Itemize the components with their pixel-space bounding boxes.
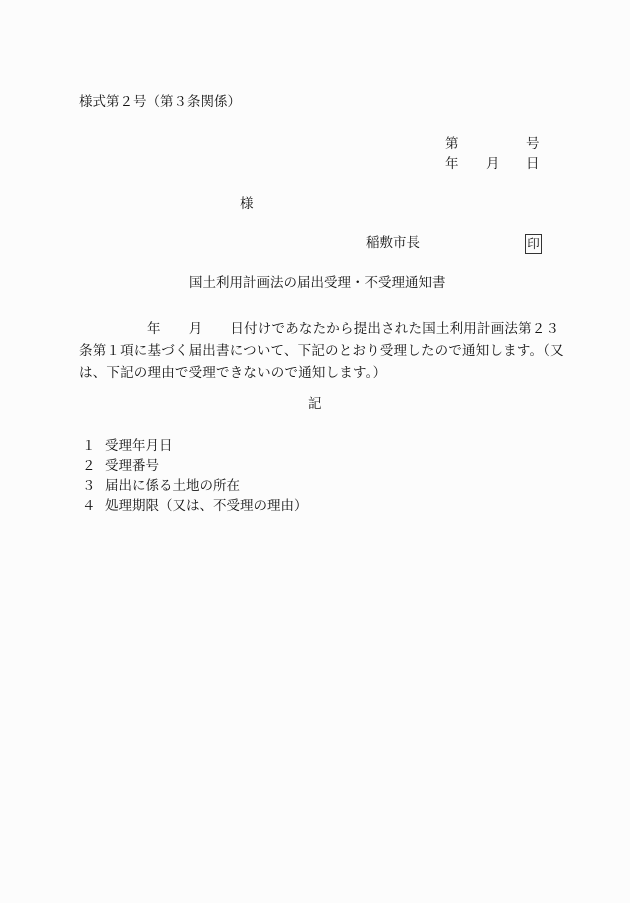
issuer-name: 稲敷市長	[366, 237, 420, 251]
item-number: １	[82, 436, 105, 456]
document-number-prefix: 第	[445, 138, 459, 152]
item-list: １ 受理年月日 ２ 受理番号 ３ 届出に係る土地の所在 ４ 処理期限（又は、不受…	[82, 436, 308, 516]
addressee-honorific: 様	[240, 198, 254, 212]
document-number-suffix: 号	[526, 138, 540, 152]
item-number: ３	[82, 476, 105, 496]
form-number: 様式第２号（第３条関係）	[79, 96, 241, 110]
body-line-2: 条第１項に基づく届出書について、下記のとおり受理したので通知します。（又	[79, 340, 551, 362]
body-line-1-text: 日付けであなたから提出された国土利用計画法第２３	[230, 321, 559, 337]
list-item: ２ 受理番号	[82, 456, 308, 476]
date-year-label: 年	[445, 158, 459, 172]
body-month-label: 月	[189, 321, 203, 337]
item-number: ４	[82, 496, 105, 516]
body-line-3: は、下記の理由で受理できないので通知します。）	[79, 362, 551, 384]
date-month-label: 月	[486, 158, 500, 172]
ki-heading: 記	[308, 398, 322, 412]
item-label: 受理番号	[105, 456, 159, 476]
list-item: ３ 届出に係る土地の所在	[82, 476, 308, 496]
body-paragraph: 年月日付けであなたから提出された国土利用計画法第２３ 条第１項に基づく届出書につ…	[79, 318, 551, 384]
list-item: １ 受理年月日	[82, 436, 308, 456]
seal-stamp-icon: 印	[525, 234, 542, 254]
item-label: 届出に係る土地の所在	[105, 476, 240, 496]
date-day-label: 日	[526, 158, 540, 172]
body-line-1: 年月日付けであなたから提出された国土利用計画法第２３	[79, 318, 551, 340]
document-title: 国土利用計画法の届出受理・不受理通知書	[189, 277, 446, 291]
item-number: ２	[82, 456, 105, 476]
body-year-label: 年	[147, 321, 161, 337]
item-label: 処理期限（又は、不受理の理由）	[105, 496, 308, 516]
item-label: 受理年月日	[105, 436, 173, 456]
list-item: ４ 処理期限（又は、不受理の理由）	[82, 496, 308, 516]
